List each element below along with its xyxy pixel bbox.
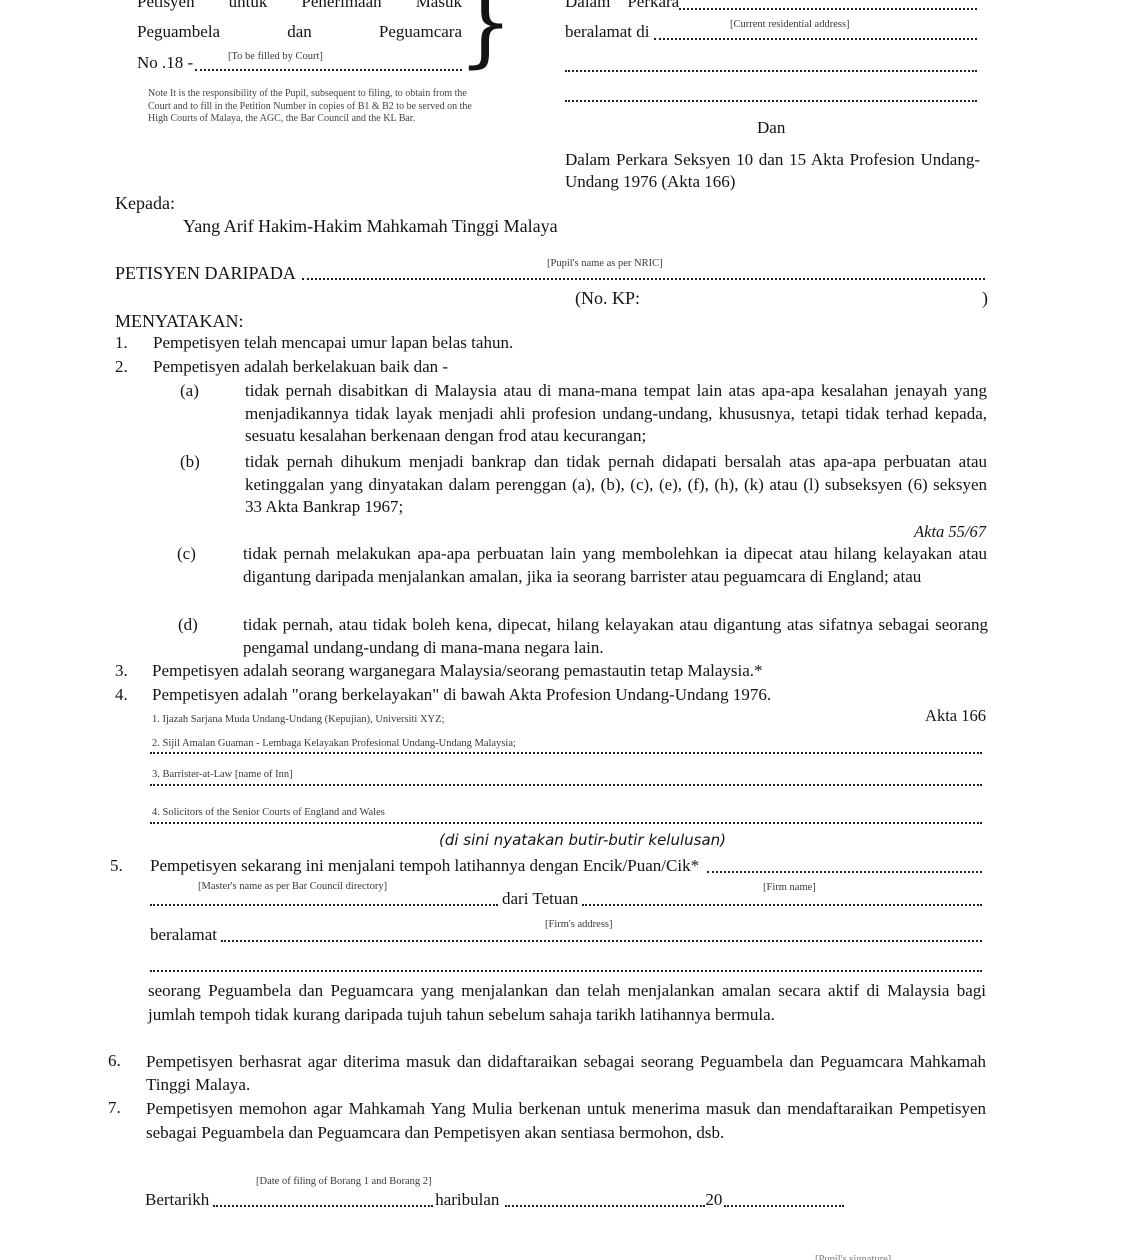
firm-row: dari Tetuan	[150, 888, 982, 910]
item-2d-text: tidak pernah, atau tidak boleh kena, dip…	[243, 614, 988, 659]
title-word: Masuk	[416, 0, 462, 13]
matter-act-text: Dalam Perkara Seksyen 10 dan 15 Akta Pro…	[565, 149, 980, 193]
item-2b-num: (b)	[180, 451, 200, 473]
master-name-line-2[interactable]	[150, 890, 498, 906]
date-day-field[interactable]	[213, 1191, 433, 1207]
title-word: Peguamcara	[379, 21, 462, 43]
title-word: Petisyen	[137, 0, 195, 13]
item-2-margin-note: Akta 55/67	[914, 521, 986, 543]
title-line-2: Peguambela dan Peguamcara	[137, 21, 462, 43]
note-text: It is the responsibility of the Pupil, s…	[148, 88, 472, 124]
item-6-text: Pempetisyen berhasrat agar diterima masu…	[146, 1050, 986, 1096]
petition-number-hint: [To be filled by Court]	[228, 50, 323, 63]
matter-row: Dalam Perkara	[565, 0, 977, 13]
petition-number-label: No .18 -	[137, 52, 193, 74]
title-word: untuk	[229, 0, 268, 13]
title-word: Peguambela	[137, 21, 220, 43]
item-3-num: 3.	[115, 660, 128, 682]
matter-field[interactable]	[679, 0, 977, 10]
note-prefix: Note	[148, 88, 167, 99]
addressee-label: Kepada:	[115, 192, 175, 214]
date-year-prefix: 20	[705, 1189, 722, 1211]
curly-brace-icon: }	[458, 0, 513, 70]
item-7-num: 7.	[108, 1097, 121, 1119]
declaration-label: MENYATAKAN:	[115, 310, 244, 332]
pupil-name-hint: [Pupil's name as per NRIC]	[547, 257, 663, 270]
item-5-row: Pempetisyen sekarang ini menjalani tempo…	[150, 855, 982, 877]
item-1-num: 1.	[115, 332, 128, 354]
item-2-num: 2.	[115, 356, 128, 378]
firm-label: dari Tetuan	[502, 888, 578, 910]
date-label: Bertarikh	[145, 1189, 209, 1211]
firm-address-row: beralamat	[150, 924, 982, 946]
firm-address-line-2[interactable]	[150, 962, 982, 972]
item-4-text: Pempetisyen adalah "orang berkelayakan" …	[152, 684, 771, 706]
item-2b-text: tidak pernah dihukum menjadi bankrap dan…	[245, 451, 987, 519]
item-5-continuation: seorang Peguambela dan Peguamcara yang m…	[148, 979, 986, 1026]
item-5-text: Pempetisyen sekarang ini menjalani tempo…	[150, 855, 699, 877]
item-4-margin-note: Akta 166	[925, 705, 986, 727]
firm-address-field[interactable]	[221, 926, 982, 942]
addressee-name: Yang Arif Hakim-Hakim Mahkamah Tinggi Ma…	[183, 215, 558, 237]
filing-note: Note It is the responsibility of the Pup…	[148, 88, 473, 126]
item-2d-num: (d)	[178, 614, 198, 636]
residential-address-line-3[interactable]	[565, 88, 977, 102]
ic-label: (No. KP:	[575, 287, 640, 309]
item-2-text: Pempetisyen adalah berkelakuan baik dan …	[153, 356, 448, 378]
residential-address-line-2[interactable]	[565, 58, 977, 72]
master-name-field[interactable]	[707, 857, 982, 873]
qualification-line-4[interactable]	[150, 816, 982, 824]
signature-hint: [Pupil's signature]	[815, 1253, 891, 1260]
firm-name-field[interactable]	[582, 890, 982, 906]
matter-label: Dalam Perkara	[565, 0, 679, 13]
ic-close: )	[982, 287, 988, 309]
petition-from-label: PETISYEN DARIPADA	[115, 262, 296, 284]
item-2a-text: tidak pernah disabitkan di Malaysia atau…	[245, 380, 987, 448]
dan-label: Dan	[757, 117, 785, 139]
item-2a-num: (a)	[180, 380, 199, 402]
date-hint: [Date of filing of Borang 1 and Borang 2…	[256, 1175, 432, 1188]
item-3-text: Pempetisyen adalah seorang warganegara M…	[152, 660, 763, 682]
date-month-label: haribulan	[435, 1189, 499, 1211]
qualification-line-3[interactable]	[150, 778, 982, 786]
title-word: dan	[287, 21, 312, 43]
firm-address-label: beralamat	[150, 924, 217, 946]
date-month-field[interactable]	[505, 1191, 705, 1207]
item-5-num: 5.	[110, 855, 123, 877]
item-6-num: 6.	[108, 1050, 121, 1072]
item-7-text: Pempetisyen memohon agar Mahkamah Yang M…	[146, 1097, 986, 1144]
qualifications-caption: (di sini nyatakan butir-butir kelulusan)	[439, 831, 726, 849]
date-year-field[interactable]	[724, 1191, 844, 1207]
item-1-text: Pempetisyen telah mencapai umur lapan be…	[153, 332, 513, 354]
item-4-num: 4.	[115, 684, 128, 706]
qualification-1: 1. Ijazah Sarjana Muda Undang-Undang (Ke…	[152, 713, 444, 726]
residential-address-hint: [Current residential address]	[730, 18, 850, 31]
item-2c-num: (c)	[177, 543, 196, 565]
title-word: Penerimaan	[301, 0, 381, 13]
ic-number-field[interactable]	[650, 287, 970, 309]
address-label: beralamat di	[565, 21, 650, 43]
qualification-line-2[interactable]	[150, 746, 982, 754]
title-line-1: Petisyen untuk Penerimaan Masuk	[137, 0, 462, 13]
date-row: Bertarikh haribulan 20	[145, 1189, 844, 1211]
item-2c-text: tidak pernah melakukan apa-apa perbuatan…	[243, 543, 987, 588]
